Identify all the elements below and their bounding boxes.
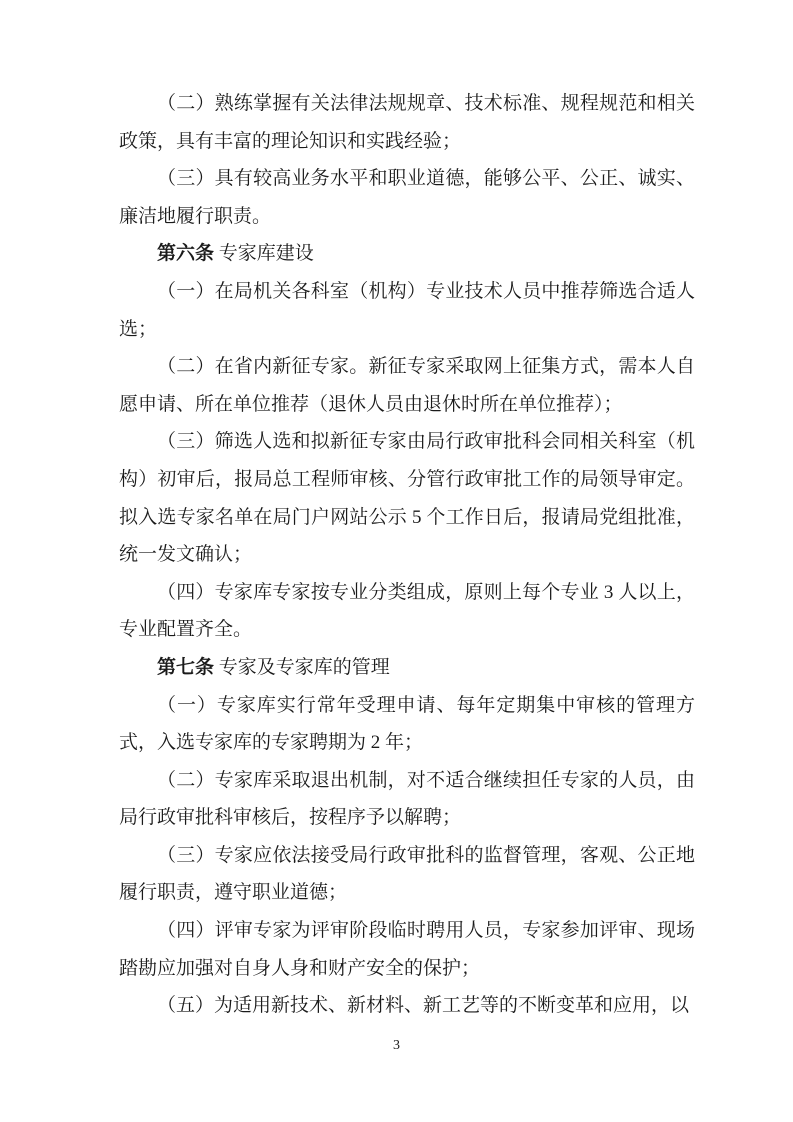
article-heading: 第六条 专家库建设 bbox=[119, 235, 695, 273]
article-number: 第七条 bbox=[157, 657, 214, 678]
paragraph: （一）专家库实行常年受理申请、每年定期集中审核的管理方式，入选专家库的专家聘期为… bbox=[119, 687, 695, 762]
paragraph: （二）在省内新征专家。新征专家采取网上征集方式，需本人自愿申请、所在单位推荐（退… bbox=[119, 348, 695, 423]
paragraph: （二）专家库采取退出机制，对不适合继续担任专家的人员，由局行政审批科审核后，按程… bbox=[119, 762, 695, 837]
article-number: 第六条 bbox=[157, 243, 214, 264]
document-body: （二）熟练掌握有关法律法规规章、技术标准、规程规范和相关政策，具有丰富的理论知识… bbox=[119, 85, 695, 1025]
paragraph: （三）筛选人选和拟新征专家由局行政审批科会同相关科室（机构）初审后，报局总工程师… bbox=[119, 423, 695, 573]
paragraph: （二）熟练掌握有关法律法规规章、技术标准、规程规范和相关政策，具有丰富的理论知识… bbox=[119, 85, 695, 160]
paragraph: （三）专家应依法接受局行政审批科的监督管理，客观、公正地履行职责，遵守职业道德； bbox=[119, 837, 695, 912]
paragraph: （一）在局机关各科室（机构）专业技术人员中推荐筛选合适人选； bbox=[119, 273, 695, 348]
page-number: 3 bbox=[0, 1036, 793, 1056]
paragraph: （四）专家库专家按专业分类组成，原则上每个专业 3 人以上，专业配置齐全。 bbox=[119, 574, 695, 649]
paragraph: （五）为适用新技术、新材料、新工艺等的不断变革和应用，以 bbox=[119, 987, 695, 1025]
article-heading: 第七条 专家及专家库的管理 bbox=[119, 649, 695, 687]
paragraph: （三）具有较高业务水平和职业道德，能够公平、公正、诚实、廉洁地履行职责。 bbox=[119, 160, 695, 235]
document-page: （二）熟练掌握有关法律法规规章、技术标准、规程规范和相关政策，具有丰富的理论知识… bbox=[0, 0, 793, 1122]
paragraph: （四）评审专家为评审阶段临时聘用人员，专家参加评审、现场踏勘应加强对自身人身和财… bbox=[119, 912, 695, 987]
